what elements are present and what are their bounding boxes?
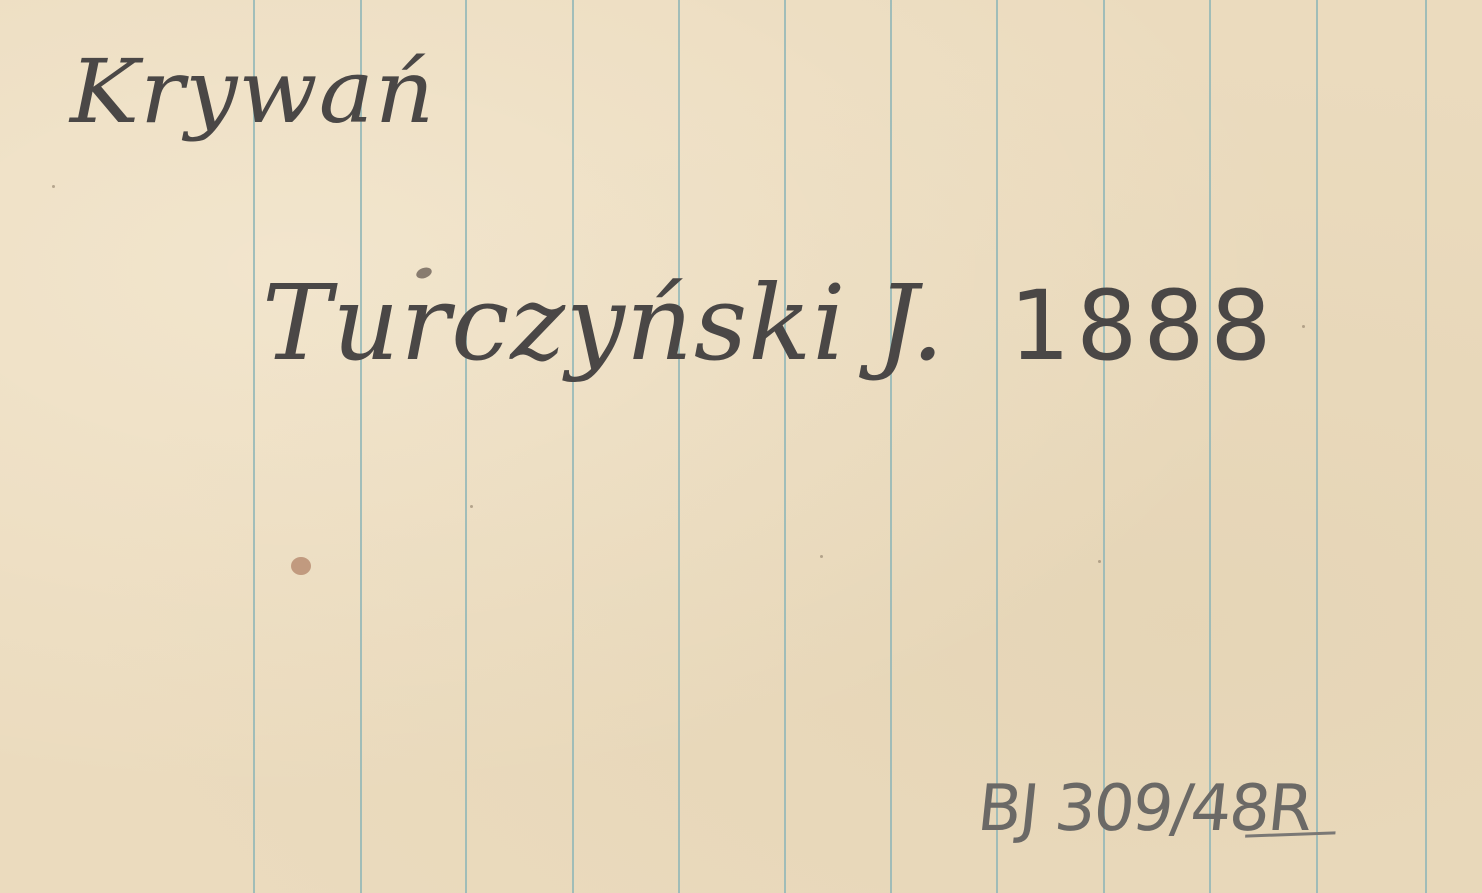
paper-speck xyxy=(52,185,55,188)
ruled-line xyxy=(678,0,680,893)
ruled-line xyxy=(572,0,574,893)
ruled-line xyxy=(1103,0,1105,893)
paper-speck xyxy=(820,555,823,558)
catalog-entry: Turczyński J. 1888 xyxy=(262,262,1278,384)
paper-speck xyxy=(1098,560,1101,563)
ruled-line xyxy=(1316,0,1318,893)
paper-speck xyxy=(1302,325,1305,328)
ruled-line xyxy=(996,0,998,893)
card-heading: Krywań xyxy=(70,40,435,143)
ruled-line xyxy=(465,0,467,893)
publication-year: 1888 xyxy=(1009,270,1277,382)
stain-spot xyxy=(291,557,311,575)
author-initial: J. xyxy=(877,262,946,384)
ruled-line xyxy=(1425,0,1427,893)
ruled-line xyxy=(784,0,786,893)
ruled-line xyxy=(890,0,892,893)
shelfmark: BJ 309/48R xyxy=(974,772,1315,846)
index-card: Krywań Turczyński J. 1888 BJ 309/48R xyxy=(0,0,1482,893)
paper-speck xyxy=(470,505,473,508)
ruled-line xyxy=(1209,0,1211,893)
author-surname: Turczyński xyxy=(262,262,847,384)
